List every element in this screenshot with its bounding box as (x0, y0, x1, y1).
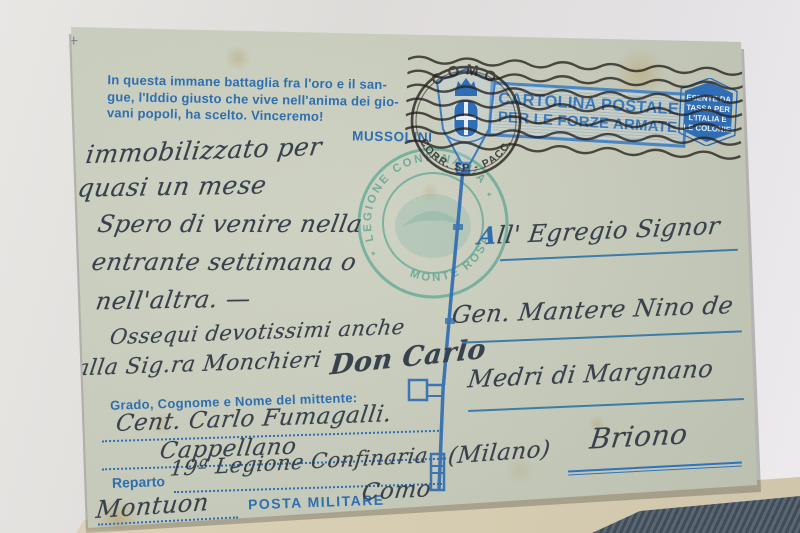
message-line: quasi un mese (76, 170, 269, 202)
sender-city-written: Como (360, 476, 432, 506)
stamp-separator-star: * (486, 190, 497, 203)
message-line: entrante settimana o (90, 248, 359, 276)
message-line: Spero di venire nella (96, 210, 365, 238)
reparto-label: Reparto (112, 473, 165, 491)
stamp-separator-star: * (370, 249, 381, 262)
address-rule (500, 249, 738, 261)
address-line: Medri di Margnano (466, 355, 715, 394)
message-line: nell'altra. — (94, 285, 253, 316)
address-rule-double (568, 461, 742, 475)
address-city: Briono (588, 417, 690, 455)
photo-of-postcard: + In questa immane battaglia fra l'oro e… (0, 0, 800, 533)
postcard: + In questa immane battaglia fra l'oro e… (0, 0, 800, 533)
address-rule (462, 330, 742, 343)
message-line: alla Sig.ra Monchieri (74, 348, 323, 382)
message-line: Ossequi devotissimi anche (108, 315, 406, 349)
address-rule (468, 398, 744, 412)
cancellation-wavy-lines-icon (404, 53, 760, 170)
